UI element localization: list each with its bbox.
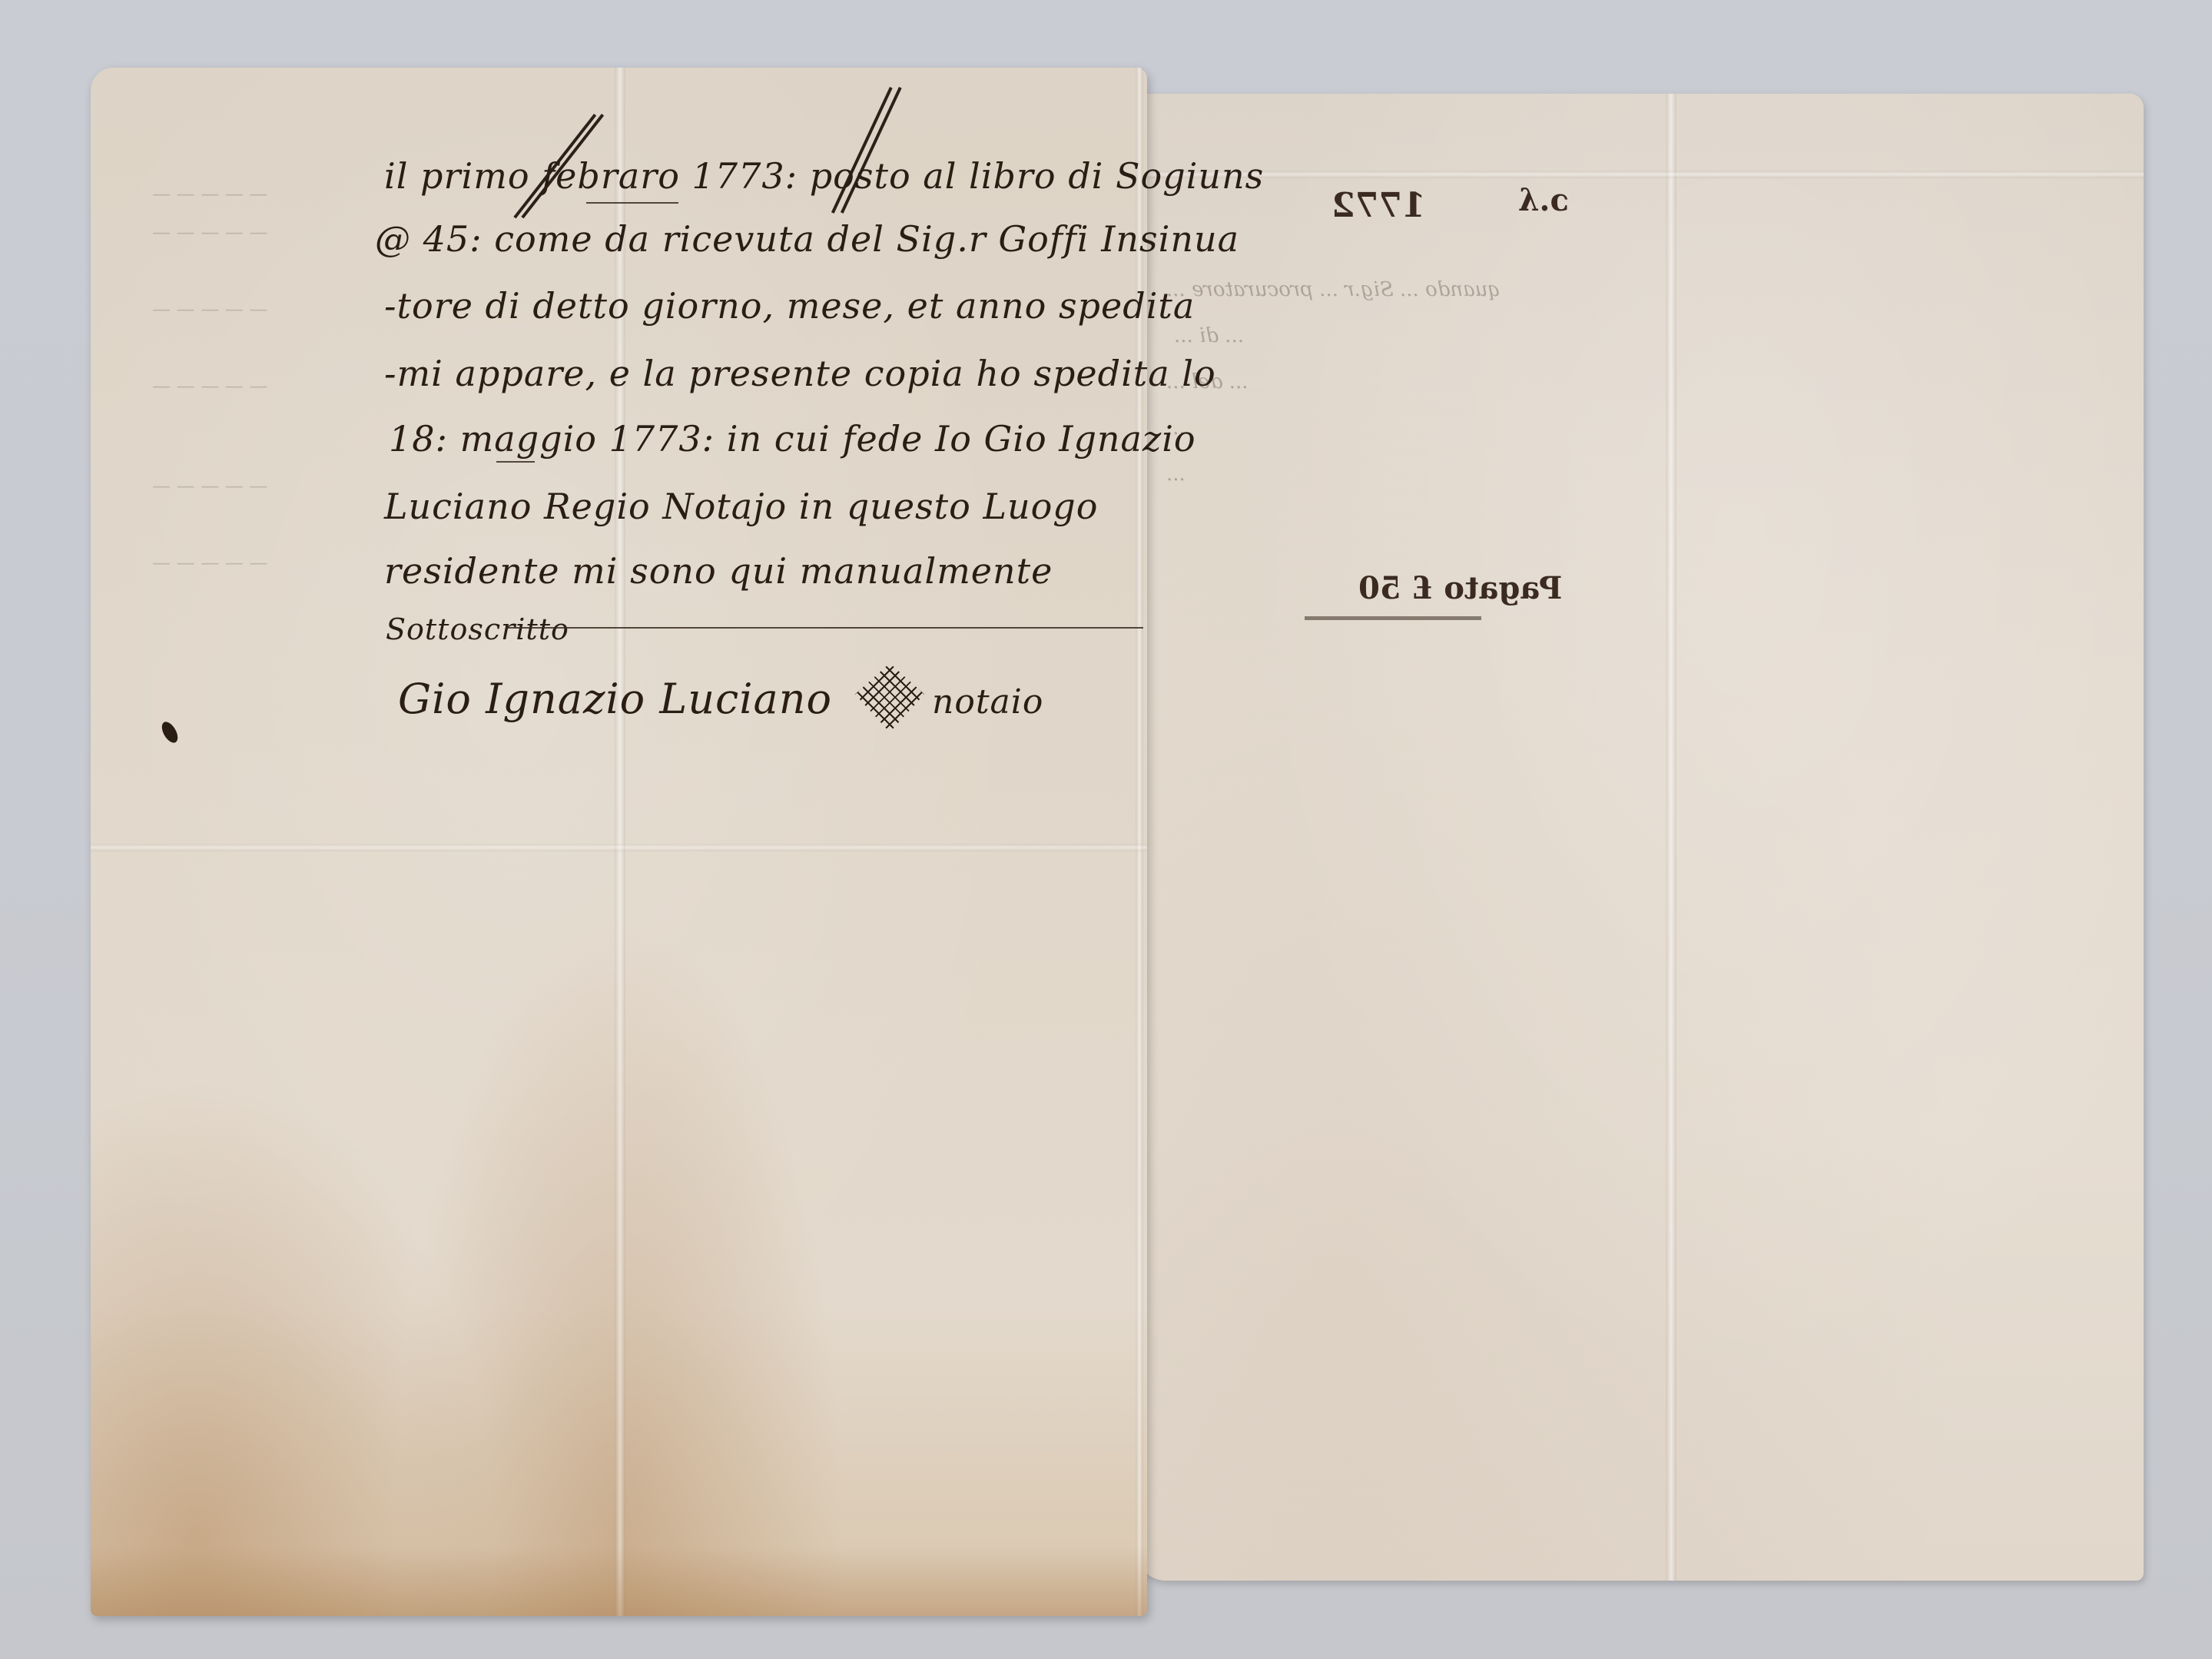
ink-spot [159, 719, 181, 745]
mirrored-underline [1305, 616, 1481, 620]
bleed-through-line: quando ... Sig.r ... procuratore ... [1166, 278, 1501, 301]
text-line-2: @ 45: come da ricevuta del Sig.r Goffi I… [375, 221, 1239, 257]
text-line-1: il primo febraro 1773: posto al libro di… [384, 158, 1264, 194]
text-line-8: Sottoscritto [386, 615, 569, 644]
left-page: — — — — — — — — — — — — — — — — — — — — … [91, 68, 1147, 1616]
notarial-sign-icon [855, 663, 924, 732]
bleed-through-line: ... [1166, 463, 1186, 486]
margin-bleed-through: — — — — — [152, 375, 268, 397]
underline [496, 461, 535, 463]
mirrored-mark-top: ɔ.ʎ [1520, 182, 1569, 218]
notary-signature: Gio Ignazio Luciano [398, 675, 832, 723]
margin-bleed-through: — — — — — [152, 221, 268, 243]
closing-rule [506, 627, 1143, 629]
right-page: 1772 ɔ.ʎ quando ... Sig.r ... procurator… [1136, 94, 2144, 1581]
margin-bleed-through: — — — — — [152, 298, 268, 320]
mirrored-amount: Pagato £ 50 [1358, 570, 1562, 606]
horizontal-fold [1136, 171, 2144, 178]
text-line-5: 18: maggio 1773: in cui fede Io Gio Igna… [389, 421, 1196, 456]
margin-bleed-through: — — — — — [152, 475, 268, 496]
mirrored-year: 1772 [1332, 186, 1425, 225]
text-line-4: -mi appare, e la presente copia ho spedi… [384, 356, 1216, 391]
text-line-6: Luciano Regio Notajo in questo Luogo [384, 489, 1098, 524]
signature-suffix: notaio [932, 682, 1043, 722]
bleed-through-line: ... di ... [1174, 324, 1244, 347]
margin-bleed-through: — — — — — [152, 183, 268, 204]
vertical-fold [1666, 94, 1676, 1581]
water-stain [91, 1547, 1147, 1616]
margin-bleed-through: — — — — — [152, 552, 268, 573]
text-line-3: -tore di detto giorno, mese, et anno spe… [384, 288, 1195, 324]
text-line-7: residente mi sono qui manualmente [384, 553, 1053, 589]
underline [586, 202, 678, 204]
horizontal-fold [91, 844, 1147, 851]
